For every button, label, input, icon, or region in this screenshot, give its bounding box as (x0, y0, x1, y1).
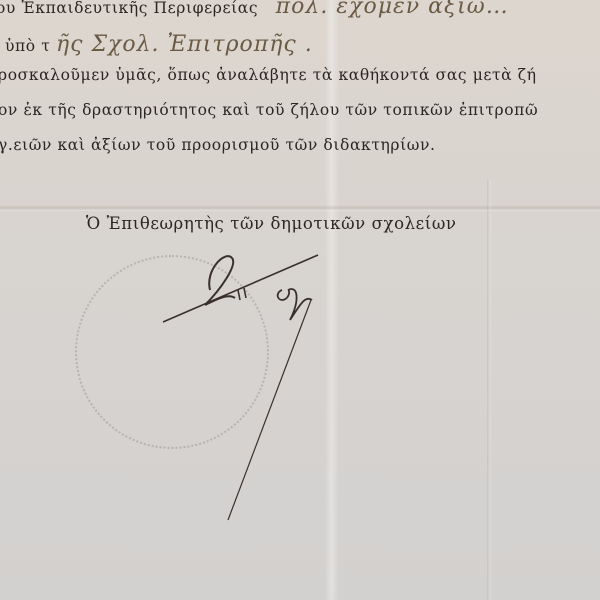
signature (0, 0, 600, 600)
paper-document: ου Ἐκπαιδευτικῆς Περιφερείας πολ. ἐχόμεν… (0, 0, 600, 600)
